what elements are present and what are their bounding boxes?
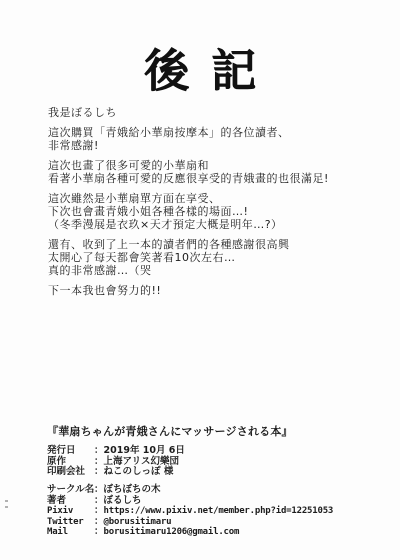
info-row-publish-date: 発行日 ： 2019年 10月 6日 <box>47 446 390 457</box>
body-paragraph: 還有、收到了上一本的讀者們的各種感謝很高興 太開心了每天都會笑著看10次左右… … <box>48 238 382 277</box>
twitter-handle: @borusitimaru <box>104 517 172 528</box>
body-paragraph: 這次也畫了很多可愛的小華扇和 看著小華扇各種可愛的反應很享受的青娥畫的也很滿足! <box>48 159 382 185</box>
info-value: ぼるしち <box>104 496 142 507</box>
info-row-mail: Mail ： borusitimaru1206@gmail.com <box>47 527 390 538</box>
info-label: 発行日 <box>47 446 94 457</box>
info-colon: ： <box>94 506 104 517</box>
info-value: ねこのしっぽ 様 <box>104 467 174 478</box>
circle-info: サークル名 ： ぼちぼちの木 著者 ： ぼるしち Pixiv ： https:/… <box>47 485 390 538</box>
info-label: Mail <box>47 527 94 538</box>
info-label: Twitter <box>47 517 94 528</box>
info-colon: ： <box>94 485 104 496</box>
info-label: 著者 <box>47 496 94 507</box>
info-row-printer: 印刷会社 ： ねこのしっぽ 様 <box>47 467 390 478</box>
mail-address: borusitimaru1206@gmail.com <box>104 527 240 538</box>
info-label: 印刷会社 <box>47 467 94 478</box>
scan-artifact <box>5 500 8 514</box>
body-paragraph: 我是ぼるしち <box>48 106 382 119</box>
body-paragraph: 下一本我也會努力的!! <box>48 284 382 297</box>
info-label: サークル名 <box>47 485 94 496</box>
page-title: 後記 <box>0 34 400 99</box>
info-colon: ： <box>94 467 104 478</box>
info-label: Pixiv <box>47 506 94 517</box>
info-row-pixiv: Pixiv ： https://www.pixiv.net/member.php… <box>47 506 390 517</box>
body-paragraph: 這次購買「青娥給小華扇按摩本」的各位讀者、 非常感謝! <box>48 126 382 152</box>
afterword-body: 我是ぼるしち 這次購買「青娥給小華扇按摩本」的各位讀者、 非常感謝! 這次也畫了… <box>48 106 382 304</box>
info-colon: ： <box>94 527 104 538</box>
info-row-circle-name: サークル名 ： ぼちぼちの木 <box>47 485 390 496</box>
body-paragraph: 這次雖然是小華扇單方面在享受、 下次也會畫青娥小姐各種各樣的場面…! （冬季漫展… <box>48 192 382 231</box>
afterword-page: 後記 我是ぼるしち 這次購買「青娥給小華扇按摩本」的各位讀者、 非常感謝! 這次… <box>0 0 400 560</box>
info-value: 2019年 10月 6日 <box>104 446 185 457</box>
book-title: 『華扇ちゃんが青娥さんにマッサージされる本』 <box>47 423 293 439</box>
info-value: ぼちぼちの木 <box>104 485 161 496</box>
publication-info: 発行日 ： 2019年 10月 6日 原作 ： 上海アリス幻樂団 印刷会社 ： … <box>47 446 390 478</box>
info-colon: ： <box>94 446 104 457</box>
pixiv-url: https://www.pixiv.net/member.php?id=1225… <box>104 506 334 517</box>
